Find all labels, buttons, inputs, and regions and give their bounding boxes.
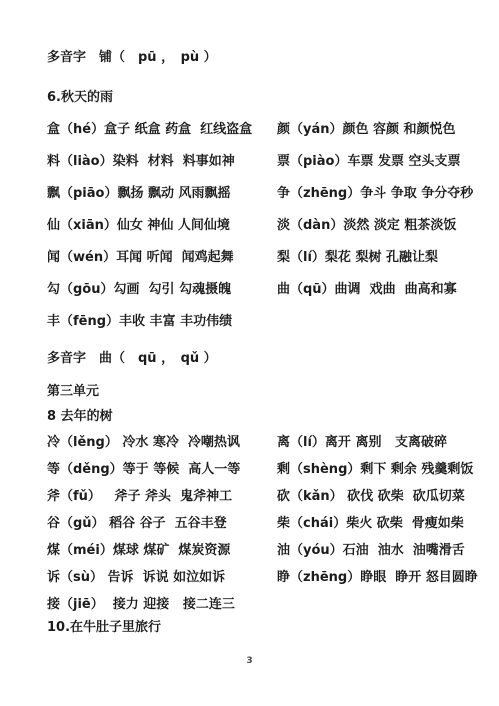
word-entry: 等（děng）等于 等候 高人一等 — [47, 460, 277, 480]
polyphone-line-pu: 多音字 铺（ pū ， pù ） — [47, 48, 491, 68]
word-row: 接（jiē） 接力 迎接 接二连三 — [47, 595, 491, 615]
word-entry: 砍（kǎn） 砍伐 砍柴 砍瓜切菜 — [277, 487, 465, 507]
word-entry: 剩（shèng）剩下 剩余 残羹剩饭 — [277, 460, 473, 480]
word-entry: 淡（dàn）淡然 淡定 粗茶淡饭 — [277, 216, 456, 236]
word-entry: 离（lí）离开 离别 支离破碎 — [277, 433, 447, 453]
word-entry: 煤（méi）煤球 煤矿 煤炭资源 — [47, 541, 277, 561]
word-entry: 盒（hé）盒子 纸盒 药盒 红线盗盒 — [47, 120, 277, 140]
word-row: 勾（gōu）勾画 勾引 勾魂摄魄 曲（qū）曲调 戏曲 曲高和寡 — [47, 280, 491, 300]
word-entry: 仙（xiān）仙女 神仙 人间仙境 — [47, 216, 277, 236]
word-entry: 飘（piāo）飘扬 飘动 风雨飘摇 — [47, 184, 277, 204]
word-entry: 颜（yán）颜色 容颜 和颜悦色 — [277, 120, 456, 140]
lesson-10-title: 10.在牛肚子里旅行 — [47, 618, 491, 638]
word-entry: 柴（chái）柴火 砍柴 骨瘦如柴 — [277, 514, 464, 534]
word-entry: 票（piào）车票 发票 空头支票 — [277, 152, 461, 172]
word-entry: 闻（wén）耳闻 听闻 闻鸡起舞 — [47, 248, 277, 268]
word-entry: 梨（lí）梨花 梨树 孔融让梨 — [277, 248, 438, 268]
word-entry: 诉（sù） 告诉 诉说 如泣如诉 — [47, 568, 277, 588]
word-entry: 斧（fǔ） 斧子 斧头 鬼斧神工 — [47, 487, 277, 507]
document-page: 多音字 铺（ pū ， pù ） 6.秋天的雨 盒（hé）盒子 纸盒 药盒 红线… — [0, 0, 499, 706]
polyphone-line-qu: 多音字 曲（ qū ， qǔ ） — [47, 349, 491, 369]
word-row: 丰（fēng）丰收 丰富 丰功伟绩 — [47, 312, 491, 332]
word-row: 飘（piāo）飘扬 飘动 风雨飘摇 争（zhēng）争斗 争取 争分夺秒 — [47, 184, 491, 204]
word-row: 煤（méi）煤球 煤矿 煤炭资源 油（yóu）石油 油水 油嘴滑舌 — [47, 541, 491, 561]
word-entry: 曲（qū）曲调 戏曲 曲高和寡 — [277, 280, 457, 300]
page-number: 3 — [0, 654, 499, 668]
word-row: 盒（hé）盒子 纸盒 药盒 红线盗盒 颜（yán）颜色 容颜 和颜悦色 — [47, 120, 491, 140]
word-entry: 丰（fēng）丰收 丰富 丰功伟绩 — [47, 312, 277, 332]
document-body: 多音字 铺（ pū ， pù ） 6.秋天的雨 盒（hé）盒子 纸盒 药盒 红线… — [0, 48, 499, 638]
word-row: 谷（gǔ） 稻谷 谷子 五谷丰登 柴（chái）柴火 砍柴 骨瘦如柴 — [47, 514, 491, 534]
word-row: 等（děng）等于 等候 高人一等 剩（shèng）剩下 剩余 残羹剩饭 — [47, 460, 491, 480]
word-entry: 油（yóu）石油 油水 油嘴滑舌 — [277, 541, 465, 561]
word-row: 闻（wén）耳闻 听闻 闻鸡起舞 梨（lí）梨花 梨树 孔融让梨 — [47, 248, 491, 268]
word-row: 料（liào）染料 材料 料事如神 票（piào）车票 发票 空头支票 — [47, 152, 491, 172]
word-entry: 勾（gōu）勾画 勾引 勾魂摄魄 — [47, 280, 277, 300]
word-row: 斧（fǔ） 斧子 斧头 鬼斧神工 砍（kǎn） 砍伐 砍柴 砍瓜切菜 — [47, 487, 491, 507]
unit-3-heading: 第三单元 — [47, 382, 491, 402]
word-row: 冷（lěng） 冷水 寒冷 冷嘲热讽 离（lí）离开 离别 支离破碎 — [47, 433, 491, 453]
word-entry: 睁（zhēng）睁眼 睁开 怒目圆睁 — [277, 568, 478, 588]
word-entry: 争（zhēng）争斗 争取 争分夺秒 — [277, 184, 473, 204]
word-row: 诉（sù） 告诉 诉说 如泣如诉 睁（zhēng）睁眼 睁开 怒目圆睁 — [47, 568, 491, 588]
word-entry: 接（jiē） 接力 迎接 接二连三 — [47, 595, 277, 615]
lesson-8-title: 8 去年的树 — [47, 407, 491, 427]
word-row: 仙（xiān）仙女 神仙 人间仙境 淡（dàn）淡然 淡定 粗茶淡饭 — [47, 216, 491, 236]
word-entry: 谷（gǔ） 稻谷 谷子 五谷丰登 — [47, 514, 277, 534]
lesson-6-title: 6.秋天的雨 — [47, 88, 491, 108]
word-entry: 料（liào）染料 材料 料事如神 — [47, 152, 277, 172]
word-entry: 冷（lěng） 冷水 寒冷 冷嘲热讽 — [47, 433, 277, 453]
